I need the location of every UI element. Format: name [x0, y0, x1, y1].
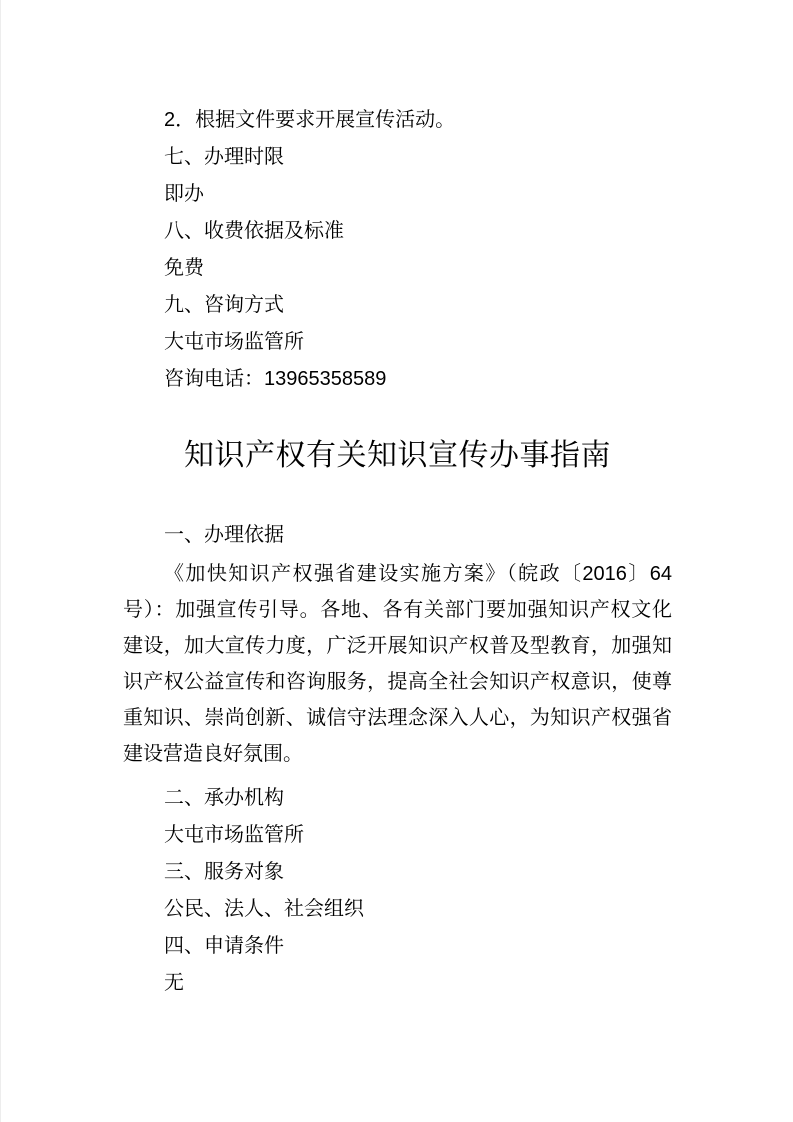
section-heading-3: 三、服务对象 [123, 862, 672, 882]
section-value-condition: 无 [123, 973, 672, 993]
document-content: 2．根据文件要求开展宣传活动。 七、办理时限 即办 八、收费依据及标准 免费 九… [1, 0, 793, 993]
section-value-time-limit: 即办 [123, 184, 672, 204]
legal-basis-paragraph: 《加快知识产权强省建设实施方案》（皖政〔2016〕64号）：加强宣传引导。各地、… [123, 556, 672, 772]
section-value-service-target: 公民、法人、社会组织 [123, 899, 672, 919]
section-heading-8: 八、收费依据及标准 [123, 221, 672, 241]
step-item: 2．根据文件要求开展宣传活动。 [123, 110, 672, 130]
section-heading-2: 二、承办机构 [123, 788, 672, 808]
section-value-agency: 大屯市场监管所 [123, 332, 672, 352]
document-title: 知识产权有关知识宣传办事指南 [123, 440, 672, 472]
document-page: 2．根据文件要求开展宣传活动。 七、办理时限 即办 八、收费依据及标准 免费 九… [0, 0, 793, 1122]
section-heading-4: 四、申请条件 [123, 936, 672, 956]
section-value-phone: 咨询电话：13965358589 [123, 369, 672, 389]
section-heading-1: 一、办理依据 [123, 525, 672, 545]
section-heading-9: 九、咨询方式 [123, 295, 672, 315]
section-value-undertaker: 大屯市场监管所 [123, 825, 672, 845]
section-value-fee: 免费 [123, 258, 672, 278]
section-heading-7: 七、办理时限 [123, 147, 672, 167]
